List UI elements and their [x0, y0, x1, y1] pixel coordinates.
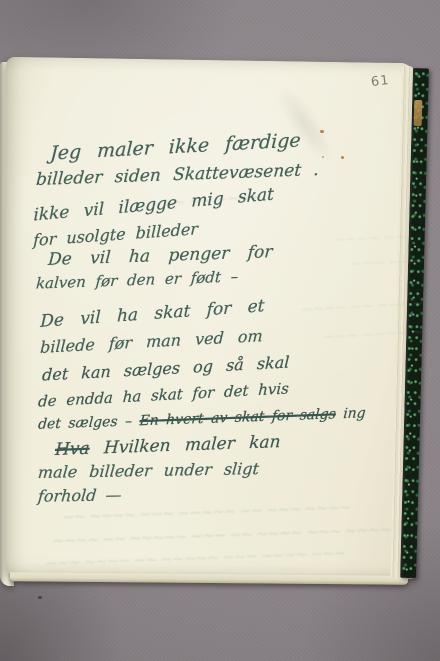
handwritten-text: ikke vil ilægge mig skat: [33, 184, 274, 225]
handwritten-text: det kan sælges og så skal: [42, 352, 290, 384]
manuscript-line: det kan sælges og så skal: [42, 352, 290, 384]
struck-text: Hva: [54, 439, 90, 460]
rust-spot: [322, 156, 324, 158]
folio-number: 61: [370, 73, 390, 90]
bleedthrough-line: ~~~ ~~~~ ~~~ ~~~~ ~~~ ~~~~: [350, 252, 427, 273]
smudge-stain: [270, 80, 341, 167]
page-content: ~~~ ~~ ~~~~ ~~~ ~~~ ~~ ~~~~ ~~~ ~~~ ~~ ~…: [0, 0, 440, 661]
bleedthrough-line: ~~~ ~~~~ ~~ ~~~~~ ~~~ ~~~~ ~~~ ~~~ ~~~~ …: [45, 544, 345, 572]
manuscript-line: Hva Hvilken maler kan: [54, 432, 281, 460]
bleedthrough-line: ~~~~ ~~ ~~~~ ~~~ ~~~~ ~~ ~~~~ ~~~ ~~~~ ~…: [300, 294, 429, 319]
manuscript-line: Jeg maler ikke færdige: [50, 129, 302, 164]
handwritten-text: Jeg maler ikke færdige: [50, 129, 302, 164]
handwritten-text: forhold —: [37, 485, 122, 505]
manuscript-line: de endda ha skat for det hvis: [38, 379, 290, 410]
manuscript-line: forhold —: [37, 485, 122, 505]
handwritten-text: billeder siden Skattevæsenet .: [35, 160, 319, 190]
manuscript-line: male billeder under sligt: [37, 459, 260, 482]
handwritten-text: male billeder under sligt: [37, 459, 260, 482]
manuscript-line: billede før man ved om: [40, 326, 264, 357]
bleedthrough-line: ~~~ ~~~~ ~~ ~~~ ~~~~ ~~ ~~~ ~~~~ ~~: [323, 322, 426, 345]
manuscript-line: billeder siden Skattevæsenet .: [35, 160, 319, 190]
manuscript-line: ikke vil ilægge mig skat: [33, 184, 274, 225]
handwritten-text: kalven før den er født –: [35, 267, 238, 292]
handwritten-text: De vil ha skat for et: [40, 296, 265, 332]
manuscript-line: De vil ha skat for et: [40, 296, 265, 332]
handwritten-text: de endda ha skat for det hvis: [38, 379, 290, 410]
rust-spot: [320, 130, 324, 133]
struck-text: En hvert av skat for salgs: [139, 406, 336, 429]
handwritten-text: billede før man ved om: [40, 326, 264, 357]
manuscript-line: kalven før den er født –: [35, 267, 238, 292]
handwritten-text: Hvilken maler kan: [89, 432, 281, 459]
handwritten-text: ing: [335, 405, 366, 422]
bleedthrough-line: ~~~~ ~~ ~~~~~ ~~~ ~~ ~~~~ ~~~ ~~~~~ ~~ ~…: [52, 520, 392, 550]
manuscript-line: det sælges – En hvert av skat for salgs …: [38, 405, 367, 432]
rust-spot: [341, 156, 344, 159]
bleedthrough-line: ~~~~ ~~~ ~~~~ ~~~ ~~~~ ~~~: [333, 227, 406, 249]
photograph-of-notebook: ~~~ ~~ ~~~~ ~~~ ~~~ ~~ ~~~~ ~~~ ~~~ ~~ ~…: [0, 0, 440, 661]
handwritten-text: det sælges –: [38, 413, 141, 433]
